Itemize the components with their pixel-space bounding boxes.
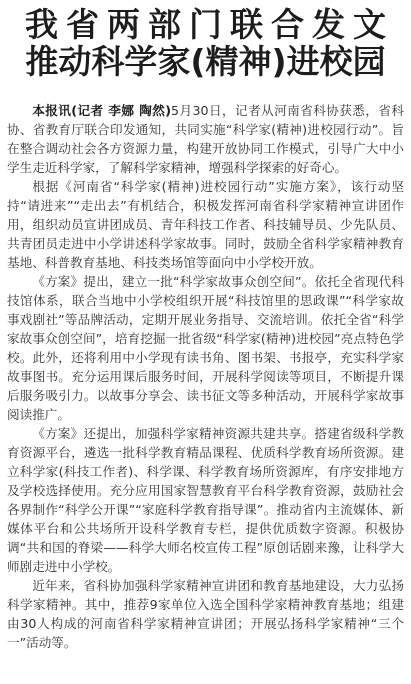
- byline: 本报讯(记者 李娜 陶然): [32, 103, 171, 118]
- paragraph-resource-sharing: 《方案》还提出，加强科学家精神资源共建共享。搭建省级科学教育资源平台，遴选一批科…: [7, 424, 404, 576]
- paragraph-lead: 本报讯(记者 李娜 陶然)5月30日，记者从河南省科协获悉，省科协、省教育厅联合…: [7, 101, 404, 177]
- headline-line-1: 我省两部门联合发文: [0, 7, 411, 43]
- paragraph-story-space: 《方案》提出，建立一批“科学家故事众创空间”。依托全省现代科技馆体系，联合当地中…: [7, 272, 404, 424]
- headline-line-2: 推动科学家(精神)进校园: [0, 43, 411, 81]
- paragraph-recent-work: 近年来，省科协加强科学家精神宣讲团和教育基地建设，大力弘扬科学家精神。其中，推荐…: [7, 576, 404, 652]
- headline: 我省两部门联合发文 推动科学家(精神)进校园: [0, 0, 411, 81]
- article-body: 本报讯(记者 李娜 陶然)5月30日，记者从河南省科协获悉，省科协、省教育厅联合…: [7, 101, 404, 652]
- paragraph-plan-overview: 根据《河南省“科学家(精神)进校园行动”实施方案》，该行动坚持“请进来”“走出去…: [7, 177, 404, 272]
- news-article: 我省两部门联合发文 推动科学家(精神)进校园 本报讯(记者 李娜 陶然)5月30…: [0, 0, 411, 81]
